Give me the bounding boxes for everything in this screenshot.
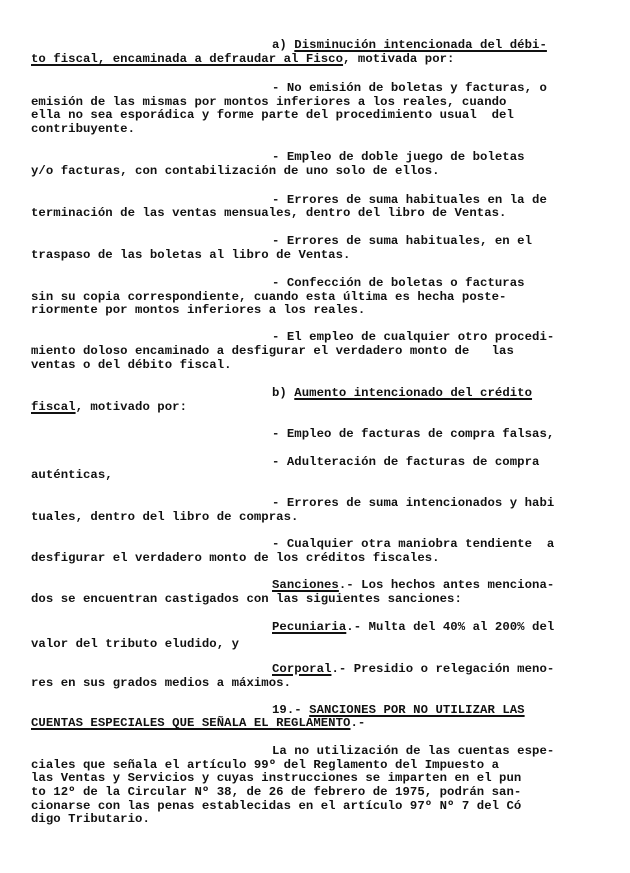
a-item-5-line-1: - Confección de boletas o facturas	[272, 276, 525, 290]
section-b-suffix: , motivado por:	[76, 400, 187, 414]
section-19-heading-cont: CUENTAS ESPECIALES QUE SEÑALA EL REGLAME…	[31, 716, 365, 730]
section-19-suffix: .-	[350, 716, 365, 730]
section-b-label: b)	[272, 386, 294, 400]
a-item-1-line-1: - No emisión de boletas y facturas, o	[272, 81, 547, 95]
a-item-1-line-4: contribuyente.	[31, 122, 135, 136]
section-a-title: Disminución intencionada del débi-	[294, 38, 547, 52]
b-item-2-line-2: auténticas,	[31, 468, 113, 482]
b-item-1-line-1: - Empleo de facturas de compra falsas,	[272, 427, 554, 441]
section-19-body-line-1: La no utilización de las cuentas espe-	[272, 744, 554, 758]
document-page: a) Disminución intencionada del débi- to…	[0, 0, 630, 873]
section-19-body-line-3: las Ventas y Servicios y cuyas instrucci…	[31, 771, 521, 785]
a-item-6-line-2: miento doloso encaminado a desfigurar el…	[31, 344, 514, 358]
section-a-heading: a) Disminución intencionada del débi-	[272, 38, 547, 52]
corporal-text: .- Presidio o relegación meno-	[331, 662, 554, 676]
corporal-line-1: Corporal.- Presidio o relegación meno-	[272, 662, 554, 676]
a-item-6-line-3: ventas o del débito fiscal.	[31, 358, 232, 372]
a-item-6-line-1: - El empleo de cualquier otro procedi-	[272, 330, 554, 344]
b-item-4-line-2: desfigurar el verdadero monto de los cré…	[31, 551, 440, 565]
a-item-1-line-3: ella no sea esporádica y forme parte del…	[31, 108, 514, 122]
b-item-2-line-1: - Adulteración de facturas de compra	[272, 455, 539, 469]
section-19-body-line-6: digo Tributario.	[31, 812, 150, 826]
section-b-title: Aumento intencionado del crédito	[294, 386, 532, 400]
section-19-number: 19.-	[272, 703, 309, 717]
pecuniaria-heading: Pecuniaria	[272, 620, 346, 634]
b-item-3-line-1: - Errores de suma intencionados y habi	[272, 496, 554, 510]
section-a-heading-cont: to fiscal, encaminada a defraudar al Fis…	[31, 52, 455, 66]
a-item-4-line-1: - Errores de suma habituales, en el	[272, 234, 532, 248]
section-b-heading-cont: fiscal, motivado por:	[31, 400, 187, 414]
b-item-3-line-2: tuales, dentro del libro de compras.	[31, 510, 298, 524]
corporal-heading: Corporal	[272, 662, 331, 676]
section-a-label: a)	[272, 38, 294, 52]
pecuniaria-text: .- Multa del 40% al 200% del	[346, 620, 554, 634]
b-item-4-line-1: - Cualquier otra maniobra tendiente a	[272, 537, 554, 551]
section-19-title: SANCIONES POR NO UTILIZAR LAS	[309, 703, 524, 717]
section-19-body-line-4: to 12º de la Circular Nº 38, de 26 de fe…	[31, 785, 521, 799]
pecuniaria-line-2: valor del tributo eludido, y	[31, 637, 239, 651]
section-19-title-cont: CUENTAS ESPECIALES QUE SEÑALA EL REGLAME…	[31, 716, 350, 730]
sanciones-heading: Sanciones	[272, 578, 339, 592]
sanciones-line-1: Sanciones.- Los hechos antes menciona-	[272, 578, 554, 592]
pecuniaria-line-1: Pecuniaria.- Multa del 40% al 200% del	[272, 620, 554, 634]
a-item-2-line-1: - Empleo de doble juego de boletas	[272, 150, 525, 164]
a-item-5-line-3: riormente por montos inferiores a los re…	[31, 303, 365, 317]
section-b-heading: b) Aumento intencionado del crédito	[272, 386, 532, 400]
section-a-title-cont: to fiscal, encaminada a defraudar al Fis…	[31, 52, 343, 66]
a-item-2-line-2: y/o facturas, con contabilización de uno…	[31, 164, 440, 178]
section-a-suffix: , motivada por:	[343, 52, 454, 66]
sanciones-line-2: dos se encuentran castigados con las sig…	[31, 592, 462, 606]
a-item-4-line-2: traspaso de las boletas al libro de Vent…	[31, 248, 350, 262]
corporal-line-2: res en sus grados medios a máximos.	[31, 676, 291, 690]
sanciones-text: .- Los hechos antes menciona-	[339, 578, 554, 592]
a-item-3-line-2: terminación de las ventas mensuales, den…	[31, 206, 506, 220]
section-b-title-cont: fiscal	[31, 400, 76, 414]
